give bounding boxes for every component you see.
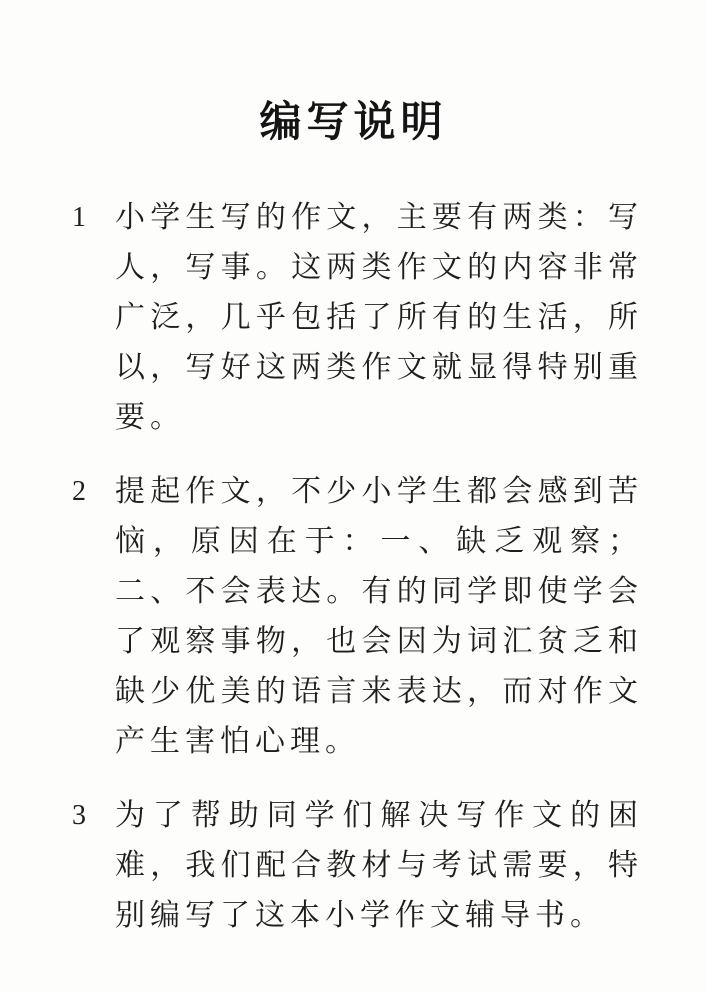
paragraph-item: 3 为了帮助同学们解决写作文的困难，我们配合教材与考试需要，特别编写了这本小学作…: [72, 791, 643, 941]
paragraph-item: 1 小学生写的作文，主要有两类：写人，写事。这两类作文的内容非常广泛，几乎包括了…: [72, 193, 643, 443]
paragraph-text: 小学生写的作文，主要有两类：写人，写事。这两类作文的内容非常广泛，几乎包括了所有…: [115, 193, 643, 443]
document-page: 编写说明 1 小学生写的作文，主要有两类：写人，写事。这两类作文的内容非常广泛，…: [0, 0, 707, 993]
paragraph-item: 2 提起作文，不少小学生都会感到苦恼，原因在于：一、缺乏观察；二、不会表达。有的…: [72, 467, 643, 767]
paragraph-number: 3: [72, 791, 115, 941]
paragraph-list: 1 小学生写的作文，主要有两类：写人，写事。这两类作文的内容非常广泛，几乎包括了…: [72, 193, 643, 941]
paragraph-text: 为了帮助同学们解决写作文的困难，我们配合教材与考试需要，特别编写了这本小学作文辅…: [115, 791, 643, 941]
paragraph-number: 2: [72, 467, 115, 767]
paragraph-number: 1: [72, 193, 115, 443]
page-title: 编写说明: [0, 98, 707, 146]
paragraph-text: 提起作文，不少小学生都会感到苦恼，原因在于：一、缺乏观察；二、不会表达。有的同学…: [115, 467, 643, 767]
